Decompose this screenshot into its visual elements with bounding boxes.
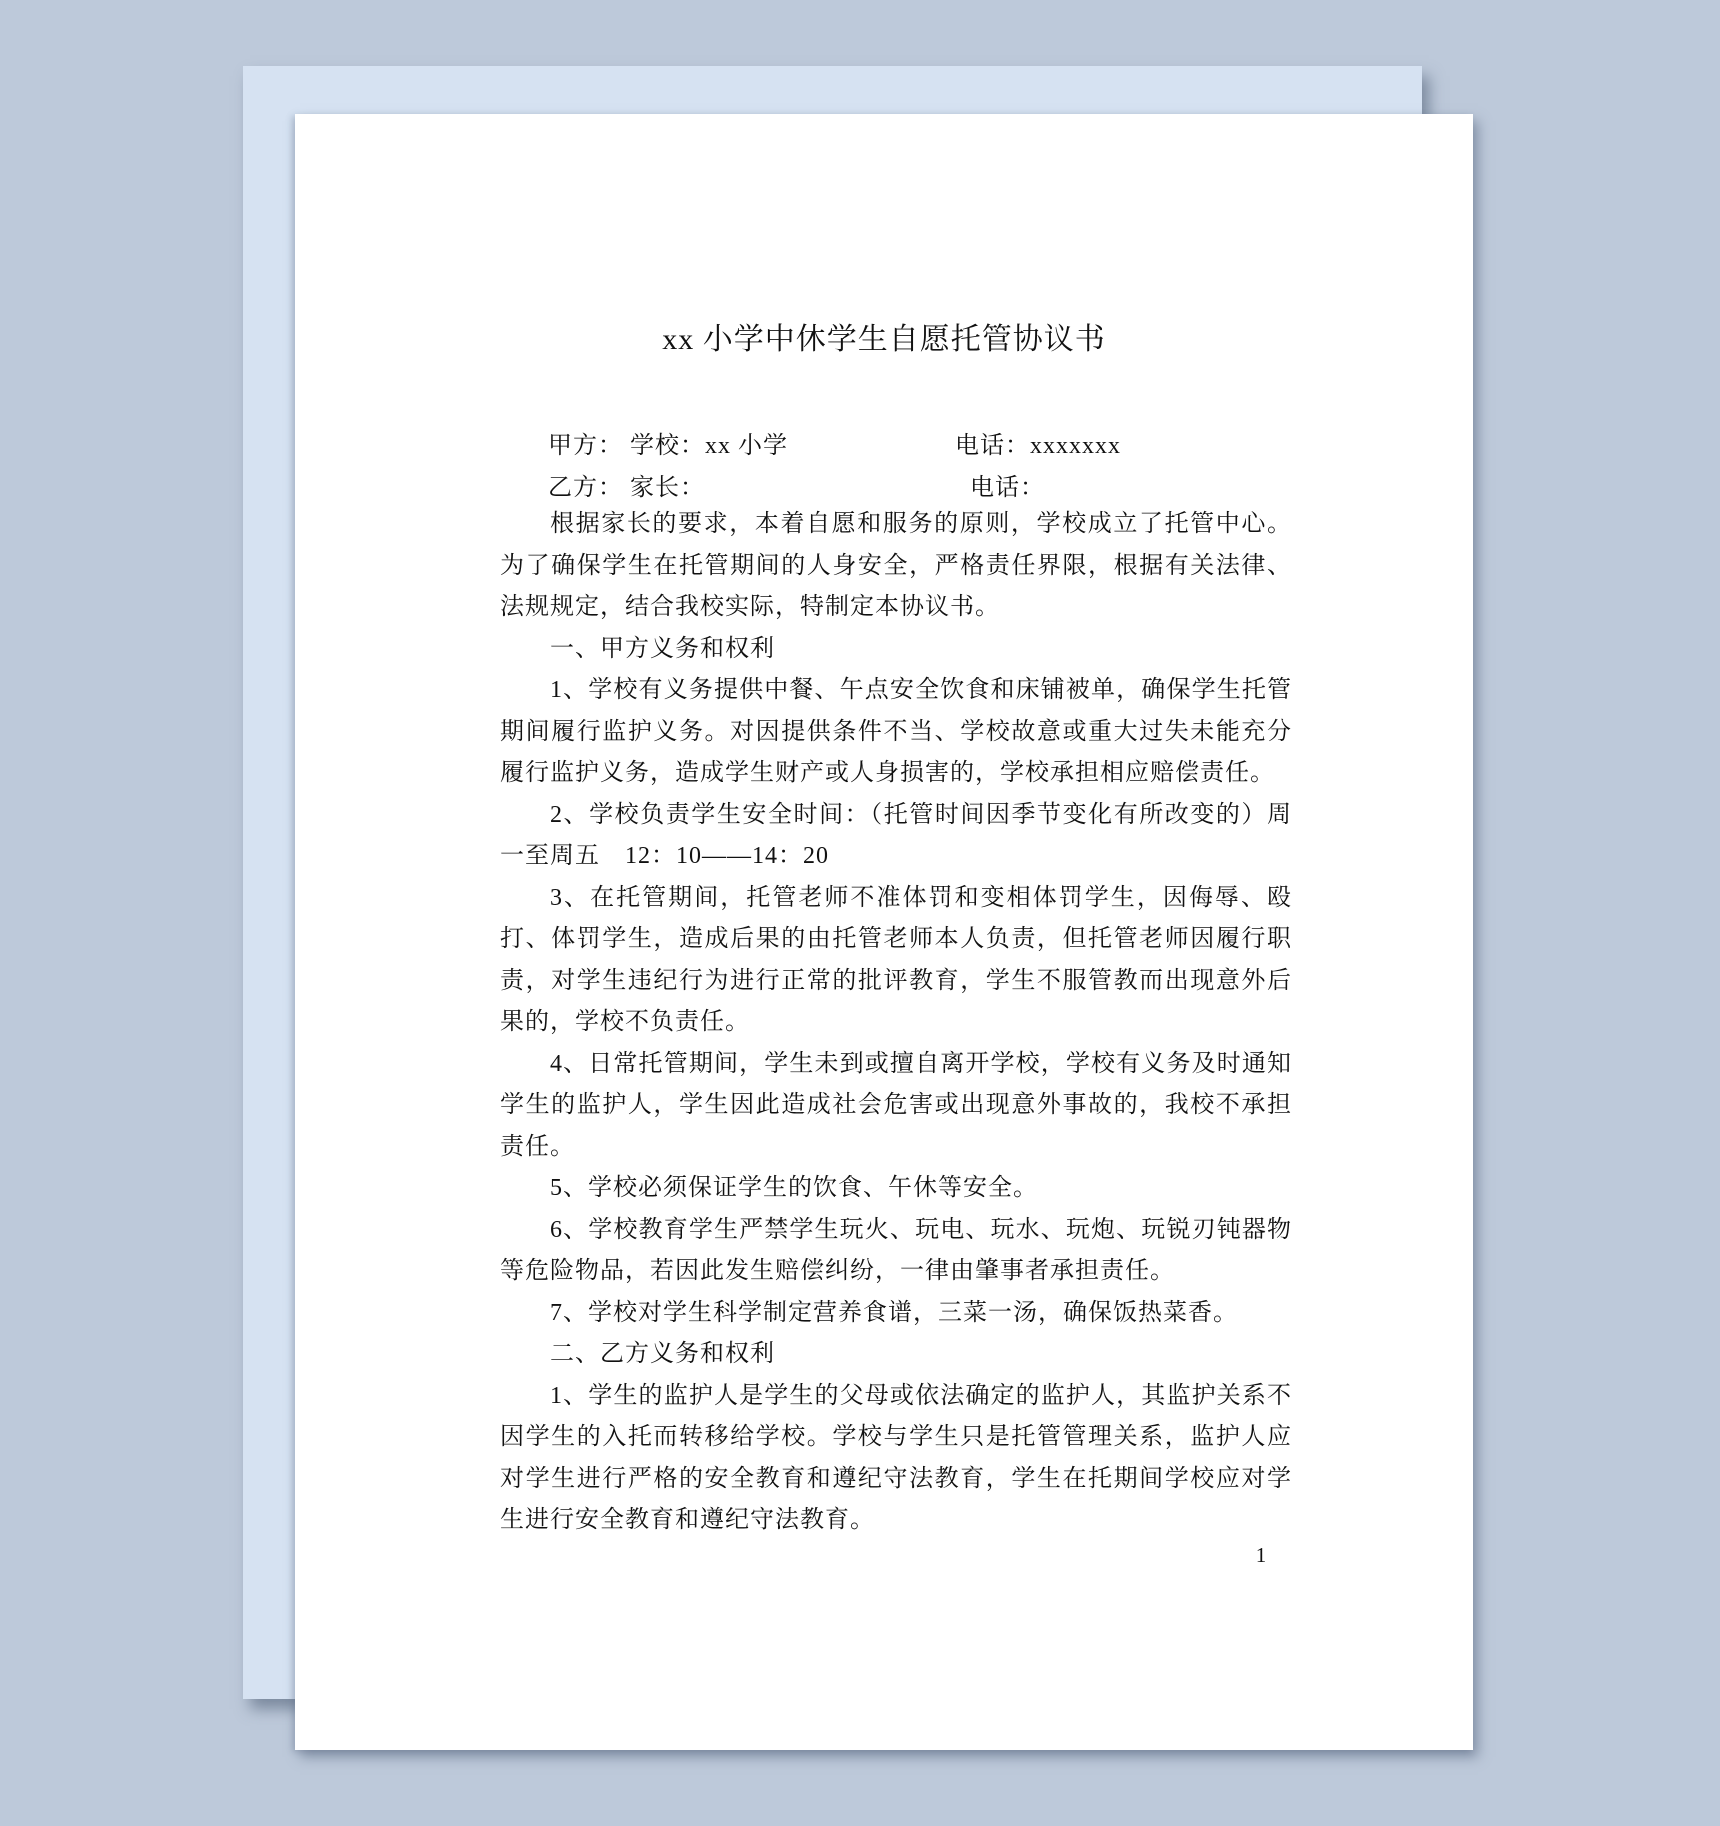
party-header-row: 甲方： 学校：xx 小学 电话：xxxxxxx	[548, 426, 1473, 468]
party-phone: 电话：	[970, 468, 1045, 510]
party-phone: 电话：xxxxxxx	[955, 426, 1121, 468]
party-header-row: 乙方： 家长： 电话：	[548, 468, 1473, 510]
agreement-paragraph: 6、学校教育学生严禁学生玩火、玩电、玩水、玩炮、玩锐刃钝器物等危险物品，若因此发…	[500, 1210, 1292, 1293]
screenshot-root: { "colors": { "background": "#bdc9da", "…	[0, 0, 1720, 1826]
party-label: 甲方：	[548, 433, 623, 459]
party-header-block: 甲方： 学校：xx 小学 电话：xxxxxxx 乙方： 家长： 电话：	[548, 426, 1473, 509]
document-page: xx 小学中休学生自愿托管协议书 甲方： 学校：xx 小学 电话：xxxxxxx…	[295, 114, 1473, 1750]
agreement-paragraph: 一、甲方义务和权利	[500, 629, 1292, 671]
party-label: 乙方：	[548, 475, 623, 501]
agreement-paragraph: 1、学校有义务提供中餐、午点安全饮食和床铺被单，确保学生托管期间履行监护义务。对…	[500, 670, 1292, 795]
agreement-body: 根据家长的要求，本着自愿和服务的原则，学校成立了托管中心。为了确保学生在托管期间…	[500, 504, 1292, 1542]
agreement-paragraph: 1、学生的监护人是学生的父母或依法确定的监护人，其监护关系不因学生的入托而转移给…	[500, 1376, 1292, 1542]
agreement-paragraph: 二、乙方义务和权利	[500, 1334, 1292, 1376]
party-role: 家长：	[630, 475, 705, 501]
document-title: xx 小学中休学生自愿托管协议书	[295, 320, 1473, 360]
agreement-paragraph: 4、日常托管期间，学生未到或擅自离开学校，学校有义务及时通知学生的监护人，学生因…	[500, 1044, 1292, 1169]
agreement-paragraph: 7、学校对学生科学制定营养食谱，三菜一汤，确保饭热菜香。	[500, 1293, 1292, 1335]
party-role: 学校：xx 小学	[630, 433, 788, 459]
agreement-paragraph: 2、学校负责学生安全时间：（托管时间因季节变化有所改变的）周一至周五 12：10…	[500, 795, 1292, 878]
agreement-paragraph: 根据家长的要求，本着自愿和服务的原则，学校成立了托管中心。为了确保学生在托管期间…	[500, 504, 1292, 629]
agreement-paragraph: 5、学校必须保证学生的饮食、午休等安全。	[500, 1168, 1292, 1210]
page-number: 1	[1241, 1542, 1281, 1568]
agreement-paragraph: 3、在托管期间，托管老师不准体罚和变相体罚学生，因侮辱、殴打、体罚学生，造成后果…	[500, 878, 1292, 1044]
